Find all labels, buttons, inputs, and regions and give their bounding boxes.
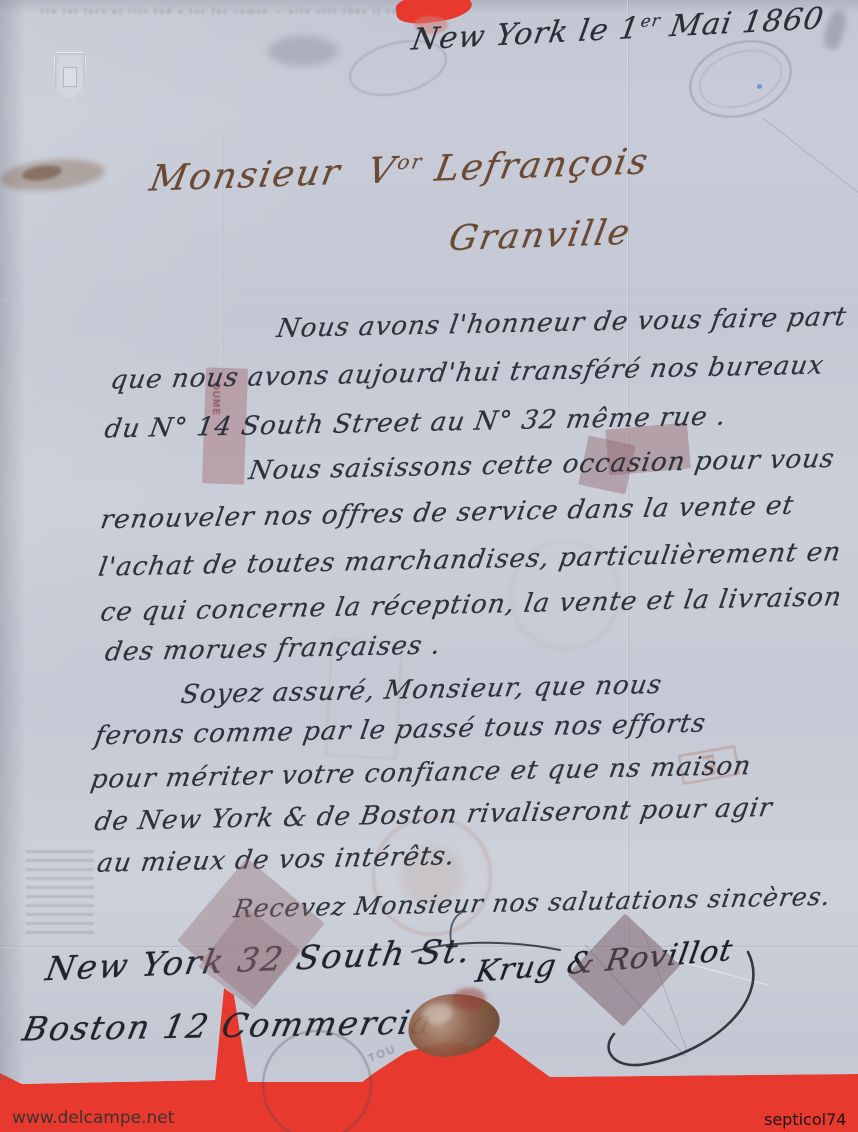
printed-bleedthrough-block: [26, 850, 94, 940]
ink-dot: [757, 84, 762, 89]
postmark-cds: [262, 1030, 372, 1132]
postmark-smudge: [268, 36, 338, 66]
recipient-surname: Lefrançois: [432, 141, 653, 189]
recipient-title: Monsieur: [147, 152, 345, 200]
recipient-initial-sup: or: [396, 150, 426, 174]
recipient-initial: V: [364, 150, 399, 192]
watermark-delcampe: www.delcampe.net: [12, 1108, 174, 1128]
recipient-city: Granville: [446, 213, 634, 259]
wax-seal-spot: [452, 988, 486, 1010]
watermark-seller: septicol74: [764, 1110, 846, 1129]
paper-edge-shadow: [0, 0, 26, 1080]
footer-address-boston: Boston 12 Commercia: [19, 1002, 436, 1048]
fold-crease-horizontal: [0, 300, 858, 302]
letter-scan: { "scan": { "background_color": "#e8392e…: [0, 0, 858, 1132]
printed-bleedthrough: ste tol ters at itie tad a tor for comse…: [40, 7, 432, 30]
crest-shield-icon: [63, 67, 77, 87]
